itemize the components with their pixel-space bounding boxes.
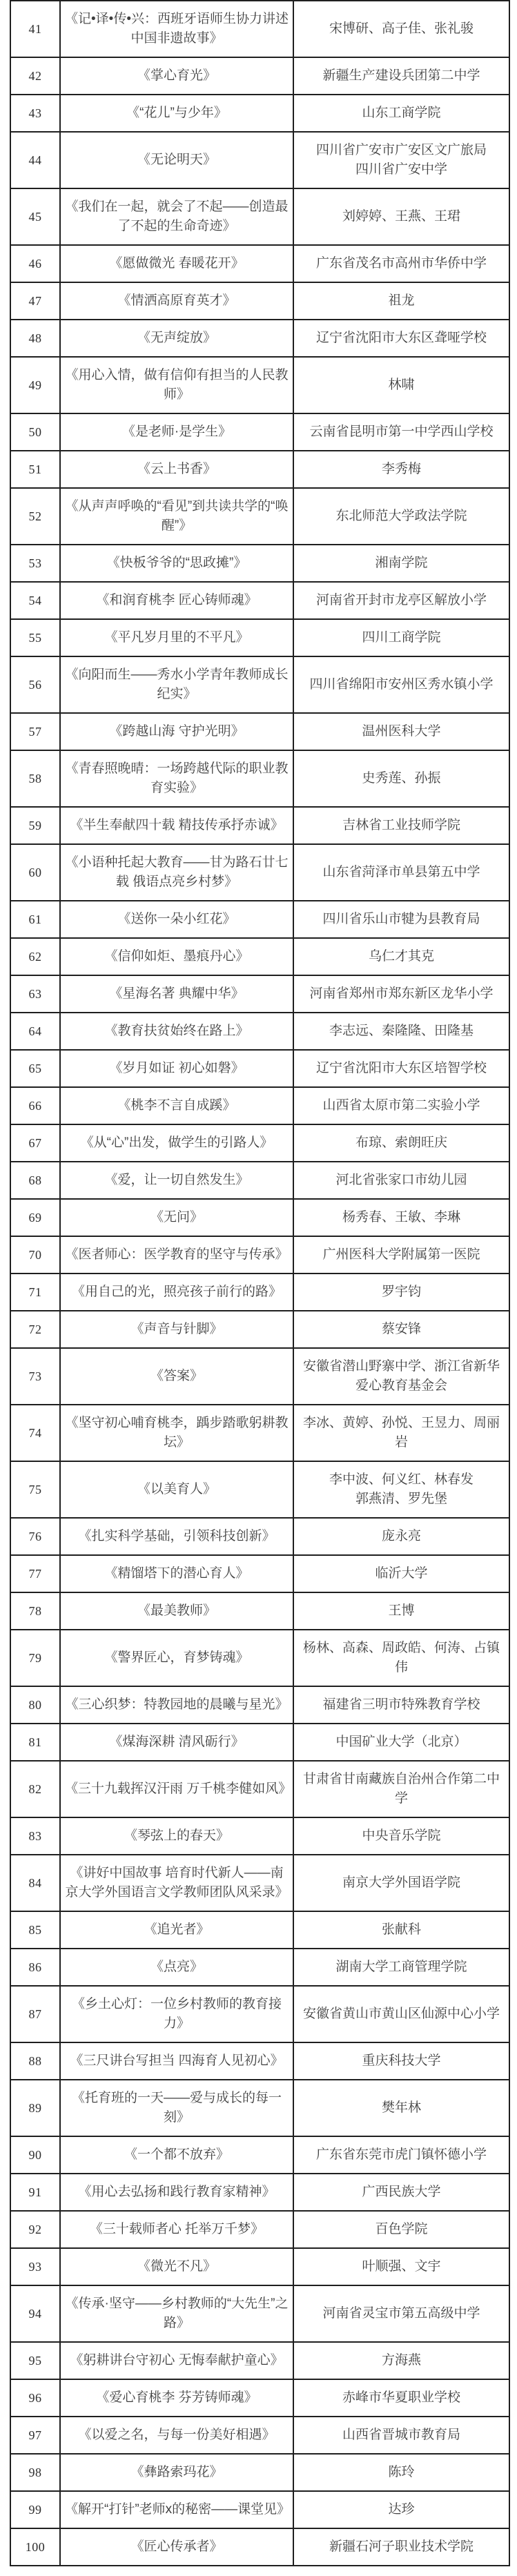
author-or-organization: 中国矿业大学（北京） (293, 1724, 509, 1761)
work-title: 《琴弦上的春天》 (60, 1817, 293, 1855)
row-number: 68 (10, 1162, 60, 1199)
author-or-organization: 河南省开封市龙亭区解放小学 (293, 582, 509, 619)
author-or-organization: 新疆石河子职业技术学院 (293, 2528, 509, 2566)
row-number: 65 (10, 1050, 60, 1087)
author-or-organization: 张献科 (293, 1911, 509, 1949)
work-title: 《用心去弘扬和践行教育家精神》 (60, 2174, 293, 2211)
author-or-organization: 庞永亮 (293, 1518, 509, 1555)
work-title: 《传承·坚守——乡村教师的“大先生”之路》 (60, 2285, 293, 2342)
author-or-organization: 东北师范大学政法学院 (293, 488, 509, 545)
work-title: 《三十九载挥汉汗雨 万千桃李健如风》 (60, 1761, 293, 1817)
work-title: 《无问》 (60, 1199, 293, 1236)
row-number: 54 (10, 582, 60, 619)
author-or-organization: 布琼、索朗旺庆 (293, 1124, 509, 1162)
row-number: 73 (10, 1348, 60, 1405)
table-row: 97 《以爱之名，与每一份美好相遇》 山西省晋城市教育局 (10, 2417, 509, 2454)
row-number: 90 (10, 2136, 60, 2174)
author-or-organization: 达珍 (293, 2491, 509, 2528)
table-row: 70 《医者师心：医学教育的坚守与传承》 广州医科大学附属第一医院 (10, 1236, 509, 1274)
work-title: 《跨越山海 守护光明》 (60, 713, 293, 750)
author-or-organization: 樊年林 (293, 2080, 509, 2136)
work-title: 《岁月如证 初心如磐》 (60, 1050, 293, 1087)
work-title: 《扎实科学基础，引领科技创新》 (60, 1518, 293, 1555)
row-number: 63 (10, 975, 60, 1013)
table-row: 45 《我们在一起，就会了不起——创造最了不起的生命奇迹》 刘婷婷、王燕、王珺 (10, 188, 509, 245)
row-number: 64 (10, 1013, 60, 1050)
author-or-organization: 山东工商学院 (293, 95, 509, 132)
table-row: 84 《讲好中国故事 培育时代新人——南京大学外国语言文学教师团队风采录》 南京… (10, 1855, 509, 1911)
table-row: 43 《“花儿”与少年》 山东工商学院 (10, 95, 509, 132)
table-row: 88 《三尺讲台写担当 四海育人见初心》 重庆科技大学 (10, 2042, 509, 2080)
work-title: 《用心入情，做有信仰有担当的人民教师》 (60, 357, 293, 413)
work-title: 《医者师心：医学教育的坚守与传承》 (60, 1236, 293, 1274)
author-or-organization: 安徽省黄山市黄山区仙源中心小学 (293, 1986, 509, 2042)
work-title: 《青春照晚晴：一场跨越代际的职业教育实验》 (60, 750, 293, 807)
work-title: 《和润育桃李 匠心铸师魂》 (60, 582, 293, 619)
table-row: 46 《愿做微光 春暖花开》 广东省茂名市高州市华侨中学 (10, 245, 509, 282)
table-row: 66 《桃李不言自成蹊》 山西省太原市第二实验小学 (10, 1087, 509, 1124)
table-row: 90 《一个都不放弃》 广东省东莞市虎门镇怀德小学 (10, 2136, 509, 2174)
row-number: 82 (10, 1761, 60, 1817)
table-row: 65 《岁月如证 初心如磐》 辽宁省沈阳市大东区培智学校 (10, 1050, 509, 1087)
row-number: 95 (10, 2342, 60, 2379)
row-number: 51 (10, 451, 60, 488)
row-number: 42 (10, 57, 60, 95)
work-title: 《从“心”出发，做学生的引路人》 (60, 1124, 293, 1162)
row-number: 53 (10, 545, 60, 582)
table-row: 74 《坚守初心哺育桃李，踽步踏歌躬耕教坛》 李冰、黄婷、孙悦、王昱力、周丽岩 (10, 1405, 509, 1461)
work-title: 《讲好中国故事 培育时代新人——南京大学外国语言文学教师团队风采录》 (60, 1855, 293, 1911)
table-row: 75 《以美育人》 李中波、何义红、林春发郭燕清、罗先堡 (10, 1461, 509, 1518)
author-or-organization: 中央音乐学院 (293, 1817, 509, 1855)
author-or-organization: 临沂大学 (293, 1555, 509, 1592)
table-row: 57 《跨越山海 守护光明》 温州医科大学 (10, 713, 509, 750)
author-or-organization: 王博 (293, 1592, 509, 1630)
work-title: 《桃李不言自成蹊》 (60, 1087, 293, 1124)
row-number: 55 (10, 619, 60, 656)
author-or-organization: 刘婷婷、王燕、王珺 (293, 188, 509, 245)
work-title: 《平凡岁月里的不平凡》 (60, 619, 293, 656)
table-row: 50 《是老师·是学生》 云南省昆明市第一中学西山学校 (10, 413, 509, 451)
work-title: 《爱，让一切自然发生》 (60, 1162, 293, 1199)
author-or-organization: 赤峰市华夏职业学校 (293, 2379, 509, 2417)
table-row: 93 《微光不凡》 叶顺强、文宇 (10, 2248, 509, 2285)
table-row: 86 《点亮》 湖南大学工商管理学院 (10, 1949, 509, 1986)
work-title: 《愿做微光 春暖花开》 (60, 245, 293, 282)
table-row: 67 《从“心”出发，做学生的引路人》 布琼、索朗旺庆 (10, 1124, 509, 1162)
work-title: 《教育扶贫始终在路上》 (60, 1013, 293, 1050)
row-number: 98 (10, 2454, 60, 2491)
author-or-organization: 罗宇钧 (293, 1274, 509, 1311)
table-row: 68 《爱，让一切自然发生》 河北省张家口市幼儿园 (10, 1162, 509, 1199)
author-or-organization: 重庆科技大学 (293, 2042, 509, 2080)
author-or-organization: 蔡安锋 (293, 1311, 509, 1348)
work-title: 《星海名著 典耀中华》 (60, 975, 293, 1013)
row-number: 61 (10, 901, 60, 938)
author-or-organization: 河南省灵宝市第五高级中学 (293, 2285, 509, 2342)
row-number: 89 (10, 2080, 60, 2136)
work-title: 《是老师·是学生》 (60, 413, 293, 451)
table-row: 82 《三十九载挥汉汗雨 万千桃李健如风》 甘肃省甘南藏族自治州合作第二中学 (10, 1761, 509, 1817)
work-title: 《半生奉献四十载 精技传承抒赤诚》 (60, 807, 293, 844)
document-page: 41 《记•译•传•兴：西班牙语师生协力讲述中国非遗故事》 宋博研、高子佳、张礼… (0, 0, 517, 2576)
table-row: 89 《托育班的一天——爱与成长的每一刻》 樊年林 (10, 2080, 509, 2136)
author-or-organization: 四川省乐山市犍为县教育局 (293, 901, 509, 938)
row-number: 62 (10, 938, 60, 975)
work-title: 《记•译•传•兴：西班牙语师生协力讲述中国非遗故事》 (60, 1, 293, 57)
work-title: 《匠心传承者》 (60, 2528, 293, 2566)
work-title: 《快板爷爷的“思政摊”》 (60, 545, 293, 582)
row-number: 97 (10, 2417, 60, 2454)
table-row: 98 《彝路索玛花》 陈玲 (10, 2454, 509, 2491)
table-row: 79 《警界匠心，育梦铸魂》 杨林、高森、周政皓、何涛、占镇伟 (10, 1630, 509, 1686)
author-or-organization: 广东省东莞市虎门镇怀德小学 (293, 2136, 509, 2174)
author-or-organization: 杨林、高森、周政皓、何涛、占镇伟 (293, 1630, 509, 1686)
row-number: 49 (10, 357, 60, 413)
table-row: 60 《小语种托起大教育——甘为路石廿七载 俄语点亮乡村梦》 山东省菏泽市单县第… (10, 844, 509, 901)
table-row: 91 《用心去弘扬和践行教育家精神》 广西民族大学 (10, 2174, 509, 2211)
work-title: 《掌心育光》 (60, 57, 293, 95)
work-title: 《无论明天》 (60, 132, 293, 188)
table-row: 99 《解开“打针”老师x的秘密——课堂见》 达珍 (10, 2491, 509, 2528)
author-or-organization: 四川省绵阳市安州区秀水镇小学 (293, 656, 509, 713)
row-number: 72 (10, 1311, 60, 1348)
work-title: 《爱心育桃李 芬芳铸师魂》 (60, 2379, 293, 2417)
author-or-organization: 甘肃省甘南藏族自治州合作第二中学 (293, 1761, 509, 1817)
author-or-organization: 乌仁才其克 (293, 938, 509, 975)
table-row: 87 《乡土心灯：一位乡村教师的教育接力》 安徽省黄山市黄山区仙源中心小学 (10, 1986, 509, 2042)
work-title: 《用自己的光，照亮孩子前行的路》 (60, 1274, 293, 1311)
table-row: 61 《送你一朵小红花》 四川省乐山市犍为县教育局 (10, 901, 509, 938)
work-title: 《云上书香》 (60, 451, 293, 488)
work-title: 《乡土心灯：一位乡村教师的教育接力》 (60, 1986, 293, 2042)
author-or-organization: 四川省广安市广安区文广旅局四川省广安中学 (293, 132, 509, 188)
row-number: 69 (10, 1199, 60, 1236)
author-or-organization: 云南省昆明市第一中学西山学校 (293, 413, 509, 451)
author-or-organization: 湖南大学工商管理学院 (293, 1949, 509, 1986)
row-number: 83 (10, 1817, 60, 1855)
row-number: 67 (10, 1124, 60, 1162)
table-row: 42 《掌心育光》 新疆生产建设兵团第二中学 (10, 57, 509, 95)
table-row: 85 《追光者》 张献科 (10, 1911, 509, 1949)
row-number: 59 (10, 807, 60, 844)
work-title: 《三十载师者心 托举万千梦》 (60, 2211, 293, 2248)
author-or-organization: 宋博研、高子佳、张礼骏 (293, 1, 509, 57)
table-row: 94 《传承·坚守——乡村教师的“大先生”之路》 河南省灵宝市第五高级中学 (10, 2285, 509, 2342)
author-or-organization: 广州医科大学附属第一医院 (293, 1236, 509, 1274)
work-title: 《“花儿”与少年》 (60, 95, 293, 132)
table-row: 92 《三十载师者心 托举万千梦》 百色学院 (10, 2211, 509, 2248)
table-row: 81 《煤海深耕 清风砺行》 中国矿业大学（北京） (10, 1724, 509, 1761)
row-number: 56 (10, 656, 60, 713)
work-title: 《解开“打针”老师x的秘密——课堂见》 (60, 2491, 293, 2528)
work-title: 《微光不凡》 (60, 2248, 293, 2285)
work-title: 《三心织梦：特教园地的晨曦与星光》 (60, 1686, 293, 1724)
row-number: 50 (10, 413, 60, 451)
work-title: 《以爱之名，与每一份美好相遇》 (60, 2417, 293, 2454)
table-row: 49 《用心入情，做有信仰有担当的人民教师》 林啸 (10, 357, 509, 413)
table-row: 54 《和润育桃李 匠心铸师魂》 河南省开封市龙亭区解放小学 (10, 582, 509, 619)
row-number: 92 (10, 2211, 60, 2248)
work-title: 《送你一朵小红花》 (60, 901, 293, 938)
row-number: 66 (10, 1087, 60, 1124)
table-row: 47 《情洒高原育英才》 祖龙 (10, 282, 509, 320)
table-row: 44 《无论明天》 四川省广安市广安区文广旅局四川省广安中学 (10, 132, 509, 188)
author-or-organization: 吉林省工业技师学院 (293, 807, 509, 844)
author-or-organization: 杨秀春、王敏、李琳 (293, 1199, 509, 1236)
row-number: 74 (10, 1405, 60, 1461)
table-row: 100 《匠心传承者》 新疆石河子职业技术学院 (10, 2528, 509, 2566)
row-number: 57 (10, 713, 60, 750)
work-title: 《煤海深耕 清风砺行》 (60, 1724, 293, 1761)
author-or-organization: 林啸 (293, 357, 509, 413)
table-row: 63 《星海名著 典耀中华》 河南省郑州市郑东新区龙华小学 (10, 975, 509, 1013)
row-number: 46 (10, 245, 60, 282)
row-number: 70 (10, 1236, 60, 1274)
row-number: 71 (10, 1274, 60, 1311)
table-row: 76 《扎实科学基础，引领科技创新》 庞永亮 (10, 1518, 509, 1555)
award-list-table: 41 《记•译•传•兴：西班牙语师生协力讲述中国非遗故事》 宋博研、高子佳、张礼… (10, 0, 510, 2566)
table-row: 62 《信仰如炬、墨痕丹心》 乌仁才其克 (10, 938, 509, 975)
author-or-organization: 四川工商学院 (293, 619, 509, 656)
row-number: 96 (10, 2379, 60, 2417)
author-or-organization: 山西省晋城市教育局 (293, 2417, 509, 2454)
work-title: 《以美育人》 (60, 1461, 293, 1518)
row-number: 60 (10, 844, 60, 901)
author-or-organization: 福建省三明市特殊教育学校 (293, 1686, 509, 1724)
author-or-organization: 河南省郑州市郑东新区龙华小学 (293, 975, 509, 1013)
author-or-organization: 方海燕 (293, 2342, 509, 2379)
table-row: 71 《用自己的光，照亮孩子前行的路》 罗宇钧 (10, 1274, 509, 1311)
work-title: 《最美教师》 (60, 1592, 293, 1630)
table-row: 53 《快板爷爷的“思政摊”》 湘南学院 (10, 545, 509, 582)
row-number: 94 (10, 2285, 60, 2342)
author-or-organization: 安徽省潜山野寨中学、浙江省新华爱心教育基金会 (293, 1348, 509, 1405)
row-number: 91 (10, 2174, 60, 2211)
row-number: 48 (10, 320, 60, 357)
table-row: 48 《无声绽放》 辽宁省沈阳市大东区聋哑学校 (10, 320, 509, 357)
row-number: 44 (10, 132, 60, 188)
author-or-organization: 史秀莲、孙振 (293, 750, 509, 807)
table-row: 96 《爱心育桃李 芬芳铸师魂》 赤峰市华夏职业学校 (10, 2379, 509, 2417)
table-row: 55 《平凡岁月里的不平凡》 四川工商学院 (10, 619, 509, 656)
row-number: 78 (10, 1592, 60, 1630)
table-row: 52 《从声声呼唤的“看见”到共读共学的“唤醒”》 东北师范大学政法学院 (10, 488, 509, 545)
table-row: 56 《向阳而生——秀水小学青年教师成长纪实》 四川省绵阳市安州区秀水镇小学 (10, 656, 509, 713)
author-or-organization: 李冰、黄婷、孙悦、王昱力、周丽岩 (293, 1405, 509, 1461)
work-title: 《我们在一起，就会了不起——创造最了不起的生命奇迹》 (60, 188, 293, 245)
author-or-organization: 湘南学院 (293, 545, 509, 582)
row-number: 100 (10, 2528, 60, 2566)
table-row: 78 《最美教师》 王博 (10, 1592, 509, 1630)
author-or-organization: 广西民族大学 (293, 2174, 509, 2211)
row-number: 45 (10, 188, 60, 245)
table-row: 69 《无问》 杨秀春、王敏、李琳 (10, 1199, 509, 1236)
work-title: 《声音与针脚》 (60, 1311, 293, 1348)
row-number: 47 (10, 282, 60, 320)
row-number: 81 (10, 1724, 60, 1761)
author-or-organization: 叶顺强、文宇 (293, 2248, 509, 2285)
work-title: 《追光者》 (60, 1911, 293, 1949)
row-number: 86 (10, 1949, 60, 1986)
author-or-organization: 新疆生产建设兵团第二中学 (293, 57, 509, 95)
table-row: 41 《记•译•传•兴：西班牙语师生协力讲述中国非遗故事》 宋博研、高子佳、张礼… (10, 1, 509, 57)
work-title: 《躬耕讲台守初心 无悔奉献护童心》 (60, 2342, 293, 2379)
row-number: 80 (10, 1686, 60, 1724)
table-row: 72 《声音与针脚》 蔡安锋 (10, 1311, 509, 1348)
author-or-organization: 祖龙 (293, 282, 509, 320)
author-or-organization: 李中波、何义红、林春发郭燕清、罗先堡 (293, 1461, 509, 1518)
row-number: 93 (10, 2248, 60, 2285)
row-number: 88 (10, 2042, 60, 2080)
row-number: 84 (10, 1855, 60, 1911)
author-or-organization: 李秀梅 (293, 451, 509, 488)
row-number: 41 (10, 1, 60, 57)
author-or-organization: 陈玲 (293, 2454, 509, 2491)
table-row: 77 《精馏塔下的潜心育人》 临沂大学 (10, 1555, 509, 1592)
work-title: 《坚守初心哺育桃李，踽步踏歌躬耕教坛》 (60, 1405, 293, 1461)
author-or-organization: 南京大学外国语学院 (293, 1855, 509, 1911)
author-or-organization: 河北省张家口市幼儿园 (293, 1162, 509, 1199)
work-title: 《精馏塔下的潜心育人》 (60, 1555, 293, 1592)
work-title: 《三尺讲台写担当 四海育人见初心》 (60, 2042, 293, 2080)
work-title: 《托育班的一天——爱与成长的每一刻》 (60, 2080, 293, 2136)
author-or-organization: 广东省茂名市高州市华侨中学 (293, 245, 509, 282)
table-row: 58 《青春照晚晴：一场跨越代际的职业教育实验》 史秀莲、孙振 (10, 750, 509, 807)
work-title: 《答案》 (60, 1348, 293, 1405)
author-or-organization: 山东省菏泽市单县第五中学 (293, 844, 509, 901)
table-row: 80 《三心织梦：特教园地的晨曦与星光》 福建省三明市特殊教育学校 (10, 1686, 509, 1724)
row-number: 52 (10, 488, 60, 545)
row-number: 85 (10, 1911, 60, 1949)
table-row: 64 《教育扶贫始终在路上》 李志远、秦隆隆、田隆基 (10, 1013, 509, 1050)
author-or-organization: 辽宁省沈阳市大东区培智学校 (293, 1050, 509, 1087)
table-row: 83 《琴弦上的春天》 中央音乐学院 (10, 1817, 509, 1855)
table-row: 73 《答案》 安徽省潜山野寨中学、浙江省新华爱心教育基金会 (10, 1348, 509, 1405)
work-title: 《点亮》 (60, 1949, 293, 1986)
author-or-organization: 百色学院 (293, 2211, 509, 2248)
table-body: 41 《记•译•传•兴：西班牙语师生协力讲述中国非遗故事》 宋博研、高子佳、张礼… (10, 1, 509, 2566)
row-number: 99 (10, 2491, 60, 2528)
row-number: 79 (10, 1630, 60, 1686)
row-number: 75 (10, 1461, 60, 1518)
table-row: 51 《云上书香》 李秀梅 (10, 451, 509, 488)
table-row: 59 《半生奉献四十载 精技传承抒赤诚》 吉林省工业技师学院 (10, 807, 509, 844)
work-title: 《信仰如炬、墨痕丹心》 (60, 938, 293, 975)
work-title: 《从声声呼唤的“看见”到共读共学的“唤醒”》 (60, 488, 293, 545)
author-or-organization: 李志远、秦隆隆、田隆基 (293, 1013, 509, 1050)
work-title: 《情洒高原育英才》 (60, 282, 293, 320)
work-title: 《彝路索玛花》 (60, 2454, 293, 2491)
work-title: 《无声绽放》 (60, 320, 293, 357)
row-number: 76 (10, 1518, 60, 1555)
author-or-organization: 辽宁省沈阳市大东区聋哑学校 (293, 320, 509, 357)
row-number: 43 (10, 95, 60, 132)
row-number: 77 (10, 1555, 60, 1592)
work-title: 《小语种托起大教育——甘为路石廿七载 俄语点亮乡村梦》 (60, 844, 293, 901)
table-row: 95 《躬耕讲台守初心 无悔奉献护童心》 方海燕 (10, 2342, 509, 2379)
author-or-organization: 温州医科大学 (293, 713, 509, 750)
author-or-organization: 山西省太原市第二实验小学 (293, 1087, 509, 1124)
row-number: 58 (10, 750, 60, 807)
work-title: 《一个都不放弃》 (60, 2136, 293, 2174)
work-title: 《警界匠心，育梦铸魂》 (60, 1630, 293, 1686)
work-title: 《向阳而生——秀水小学青年教师成长纪实》 (60, 656, 293, 713)
row-number: 87 (10, 1986, 60, 2042)
